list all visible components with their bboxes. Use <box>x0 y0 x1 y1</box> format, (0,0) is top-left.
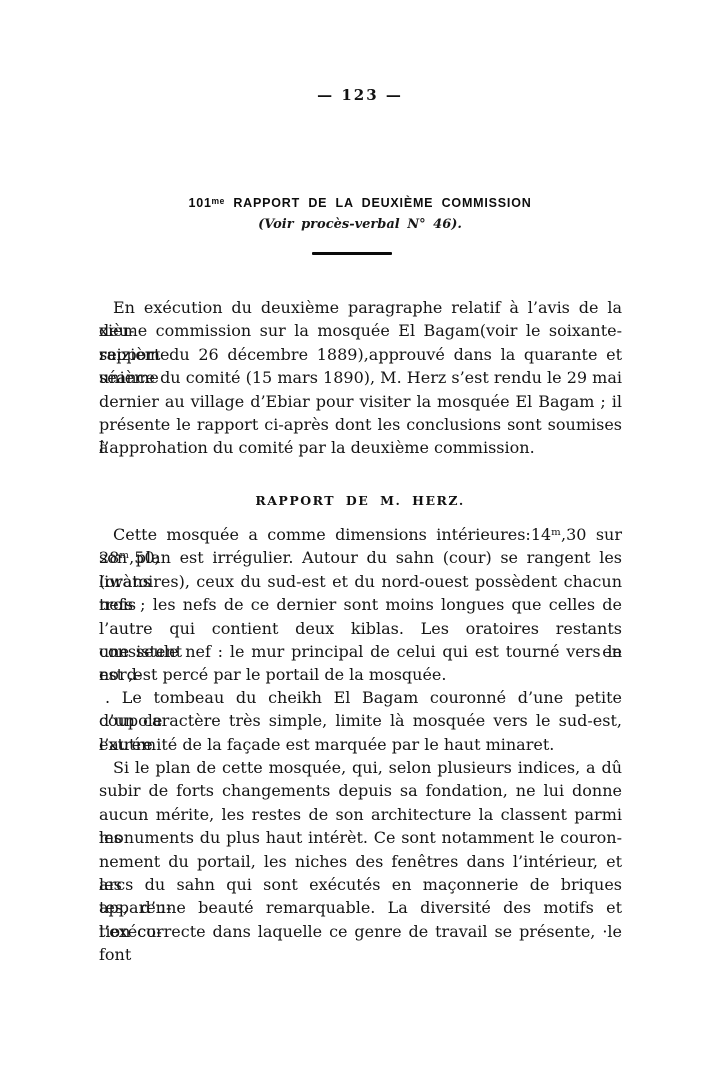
text-line: En exécution du deuxième paragraphe rela… <box>99 296 622 319</box>
text-line: présente le rapport ci-après dont les co… <box>99 413 622 436</box>
text-line: dernier au village d’Ebiar pour visiter … <box>99 390 622 413</box>
text-line: une seule nef : le mur principal de celu… <box>99 640 622 663</box>
text-line: Cette mosquée a comme dimensions intérie… <box>99 523 622 546</box>
scanned-document-page: — 123 — 101ᵐᵉ RAPPORT DE LA DEUXIÈME COM… <box>0 0 720 1079</box>
paragraph-architecture: Si le plan de cette mosquée, qui, selon … <box>99 756 622 943</box>
text-line: monuments du plus haut intérèt. Ce sont … <box>99 826 622 849</box>
text-line: subir de forts changements depuis sa fon… <box>99 779 622 802</box>
text-line: extrémité de la façade est marquée par l… <box>99 733 622 756</box>
paragraph-introduction: En exécution du deuxième paragraphe rela… <box>99 296 622 460</box>
report-subtitle: (Voir procès-verbal N° 46). <box>0 217 720 232</box>
text-line: arcs du sahn qui sont exécutés en maçonn… <box>99 873 622 896</box>
text-line: est ,est percé par le portail de la mosq… <box>99 663 622 686</box>
text-line: aucun mérite, les restes de son architec… <box>99 803 622 826</box>
page-number: — 123 — <box>0 86 720 104</box>
text-line: nement du portail, les niches des fenêtr… <box>99 850 622 873</box>
text-line: rapport du 26 décembre 1889),approuvé da… <box>99 343 622 366</box>
decorative-rule <box>312 252 392 255</box>
paragraph-tombeau: . Le tombeau du cheikh El Bagam couronné… <box>99 686 622 756</box>
section-heading: RAPPORT DE M. HERZ. <box>0 493 720 508</box>
paragraph-dimensions: Cette mosquée a comme dimensions intérie… <box>99 523 622 687</box>
text-line: l’approhation du comité par la deuxième … <box>99 436 622 459</box>
text-line: tes, d’une beauté remarquable. La divers… <box>99 896 622 919</box>
text-line: son plan est irrégulier. Autour du sahn … <box>99 546 622 569</box>
text-line: l’autre qui contient deux kiblas. Les or… <box>99 617 622 640</box>
text-line: xième commission sur la mosquée El Bagam… <box>99 319 622 342</box>
text-line: séance du comité (15 mars 1890), M. Herz… <box>99 366 622 389</box>
text-line: d’un caractère très simple, limite là mo… <box>99 709 622 732</box>
text-line: Si le plan de cette mosquée, qui, selon … <box>99 756 622 779</box>
text-line: (oratoires), ceux du sud-est et du nord-… <box>99 570 622 593</box>
text-line: nefs ; les nefs de ce dernier sont moins… <box>99 593 622 616</box>
text-line: tion correcte dans laquelle ce genre de … <box>99 920 622 943</box>
report-title: 101ᵐᵉ RAPPORT DE LA DEUXIÈME COMMISSION <box>0 196 720 210</box>
text-line: . Le tombeau du cheikh El Bagam couronné… <box>99 686 622 709</box>
